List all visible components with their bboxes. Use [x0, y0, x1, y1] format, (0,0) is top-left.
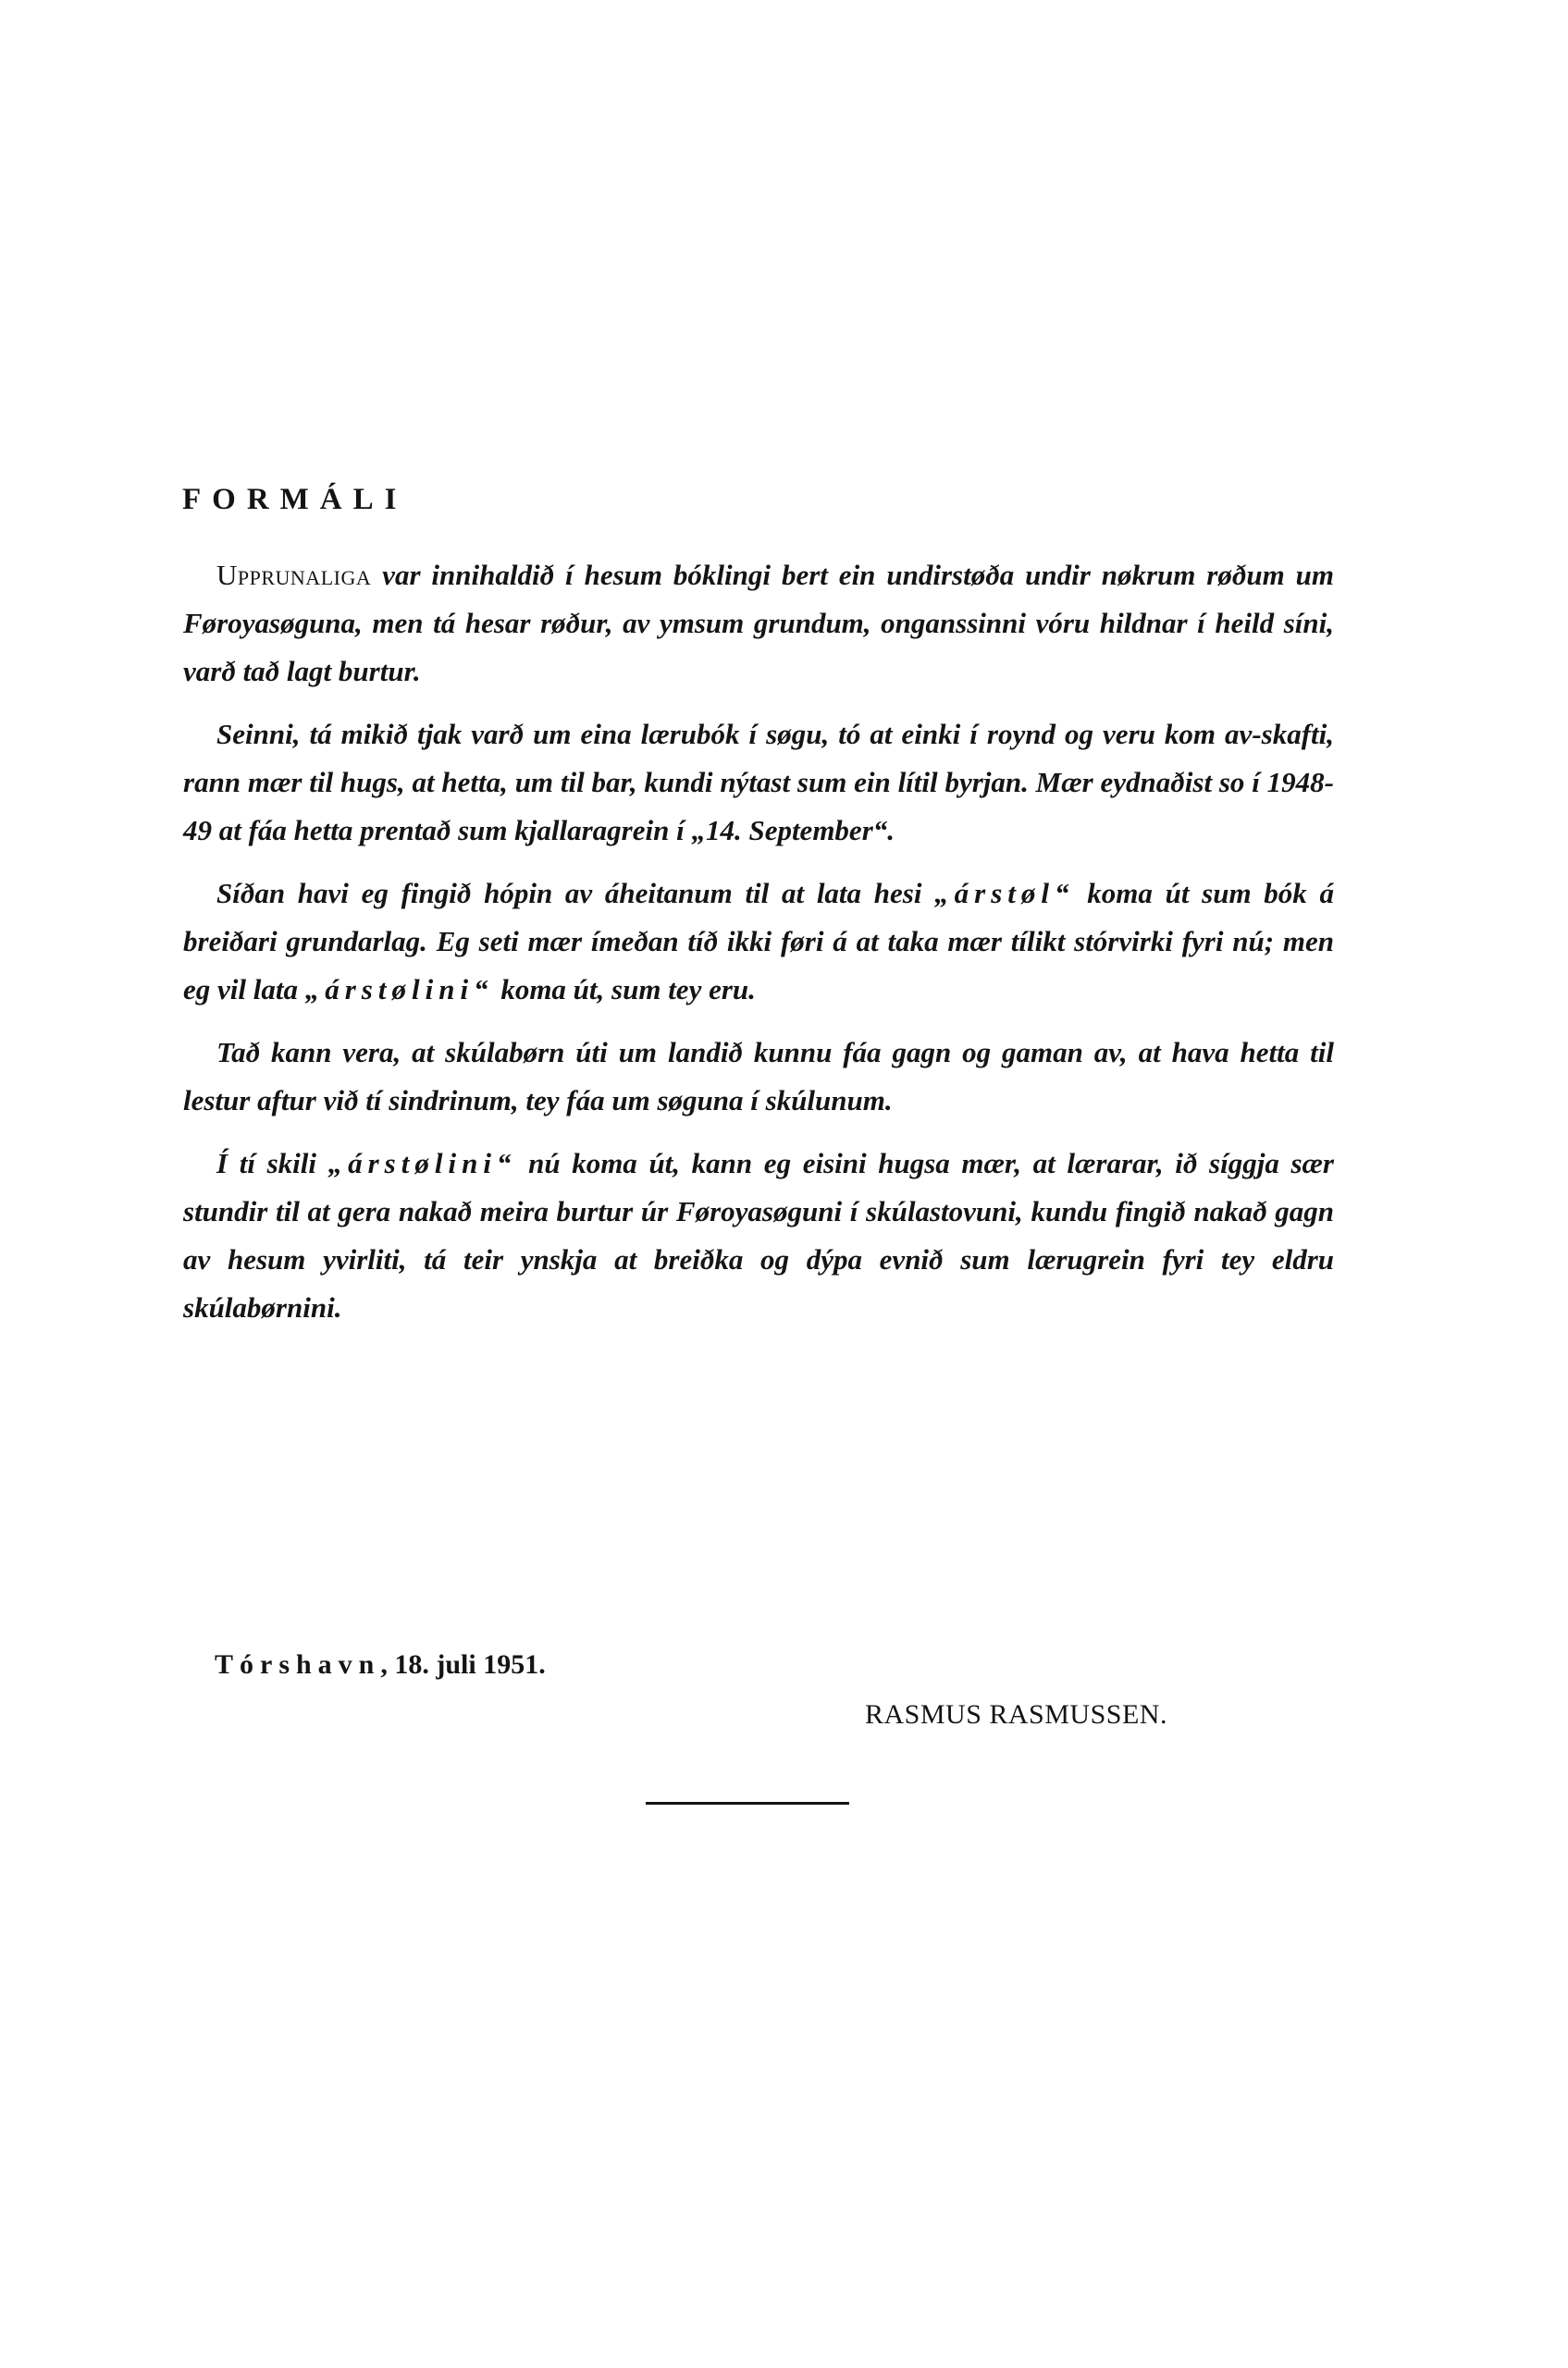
paragraph-lead-word: Upprunaliga — [216, 559, 371, 591]
signature-place-date: Tórshavn, 18. juli 1951. — [215, 1646, 546, 1683]
signature-date: , 18. juli 1951. — [380, 1649, 545, 1680]
page-title: FORMÁLI — [182, 481, 408, 518]
quoted-title: „árstøl“ — [934, 877, 1074, 909]
paragraph-1: Upprunaliga var innihaldið í hesum bókli… — [183, 551, 1334, 696]
paragraph-text: koma út, sum tey eru. — [494, 973, 756, 1005]
paragraph-3: Síðan havi eg fingið hópin av áheitanum … — [183, 869, 1334, 1014]
paragraph-text: Í tí skili — [216, 1147, 328, 1179]
paragraph-text: Síðan havi eg fingið hópin av áheitanum … — [216, 877, 934, 909]
paragraph-5: Í tí skili „árstølini“ nú koma út, kann … — [183, 1140, 1334, 1332]
closing-rule-divider — [646, 1802, 849, 1805]
quoted-title: „árstølini“ — [328, 1147, 517, 1179]
preface-body: Upprunaliga var innihaldið í hesum bókli… — [183, 551, 1334, 1347]
paragraph-4: Tað kann vera, at skúlabørn úti um landi… — [183, 1029, 1334, 1125]
paragraph-2: Seinni, tá mikið tjak varð um eina lærub… — [183, 710, 1334, 855]
signature-author: RASMUS RASMUSSEN. — [865, 1696, 1167, 1733]
signature-city: Tórshavn — [215, 1649, 380, 1680]
quoted-title: „árstølini“ — [305, 973, 494, 1005]
